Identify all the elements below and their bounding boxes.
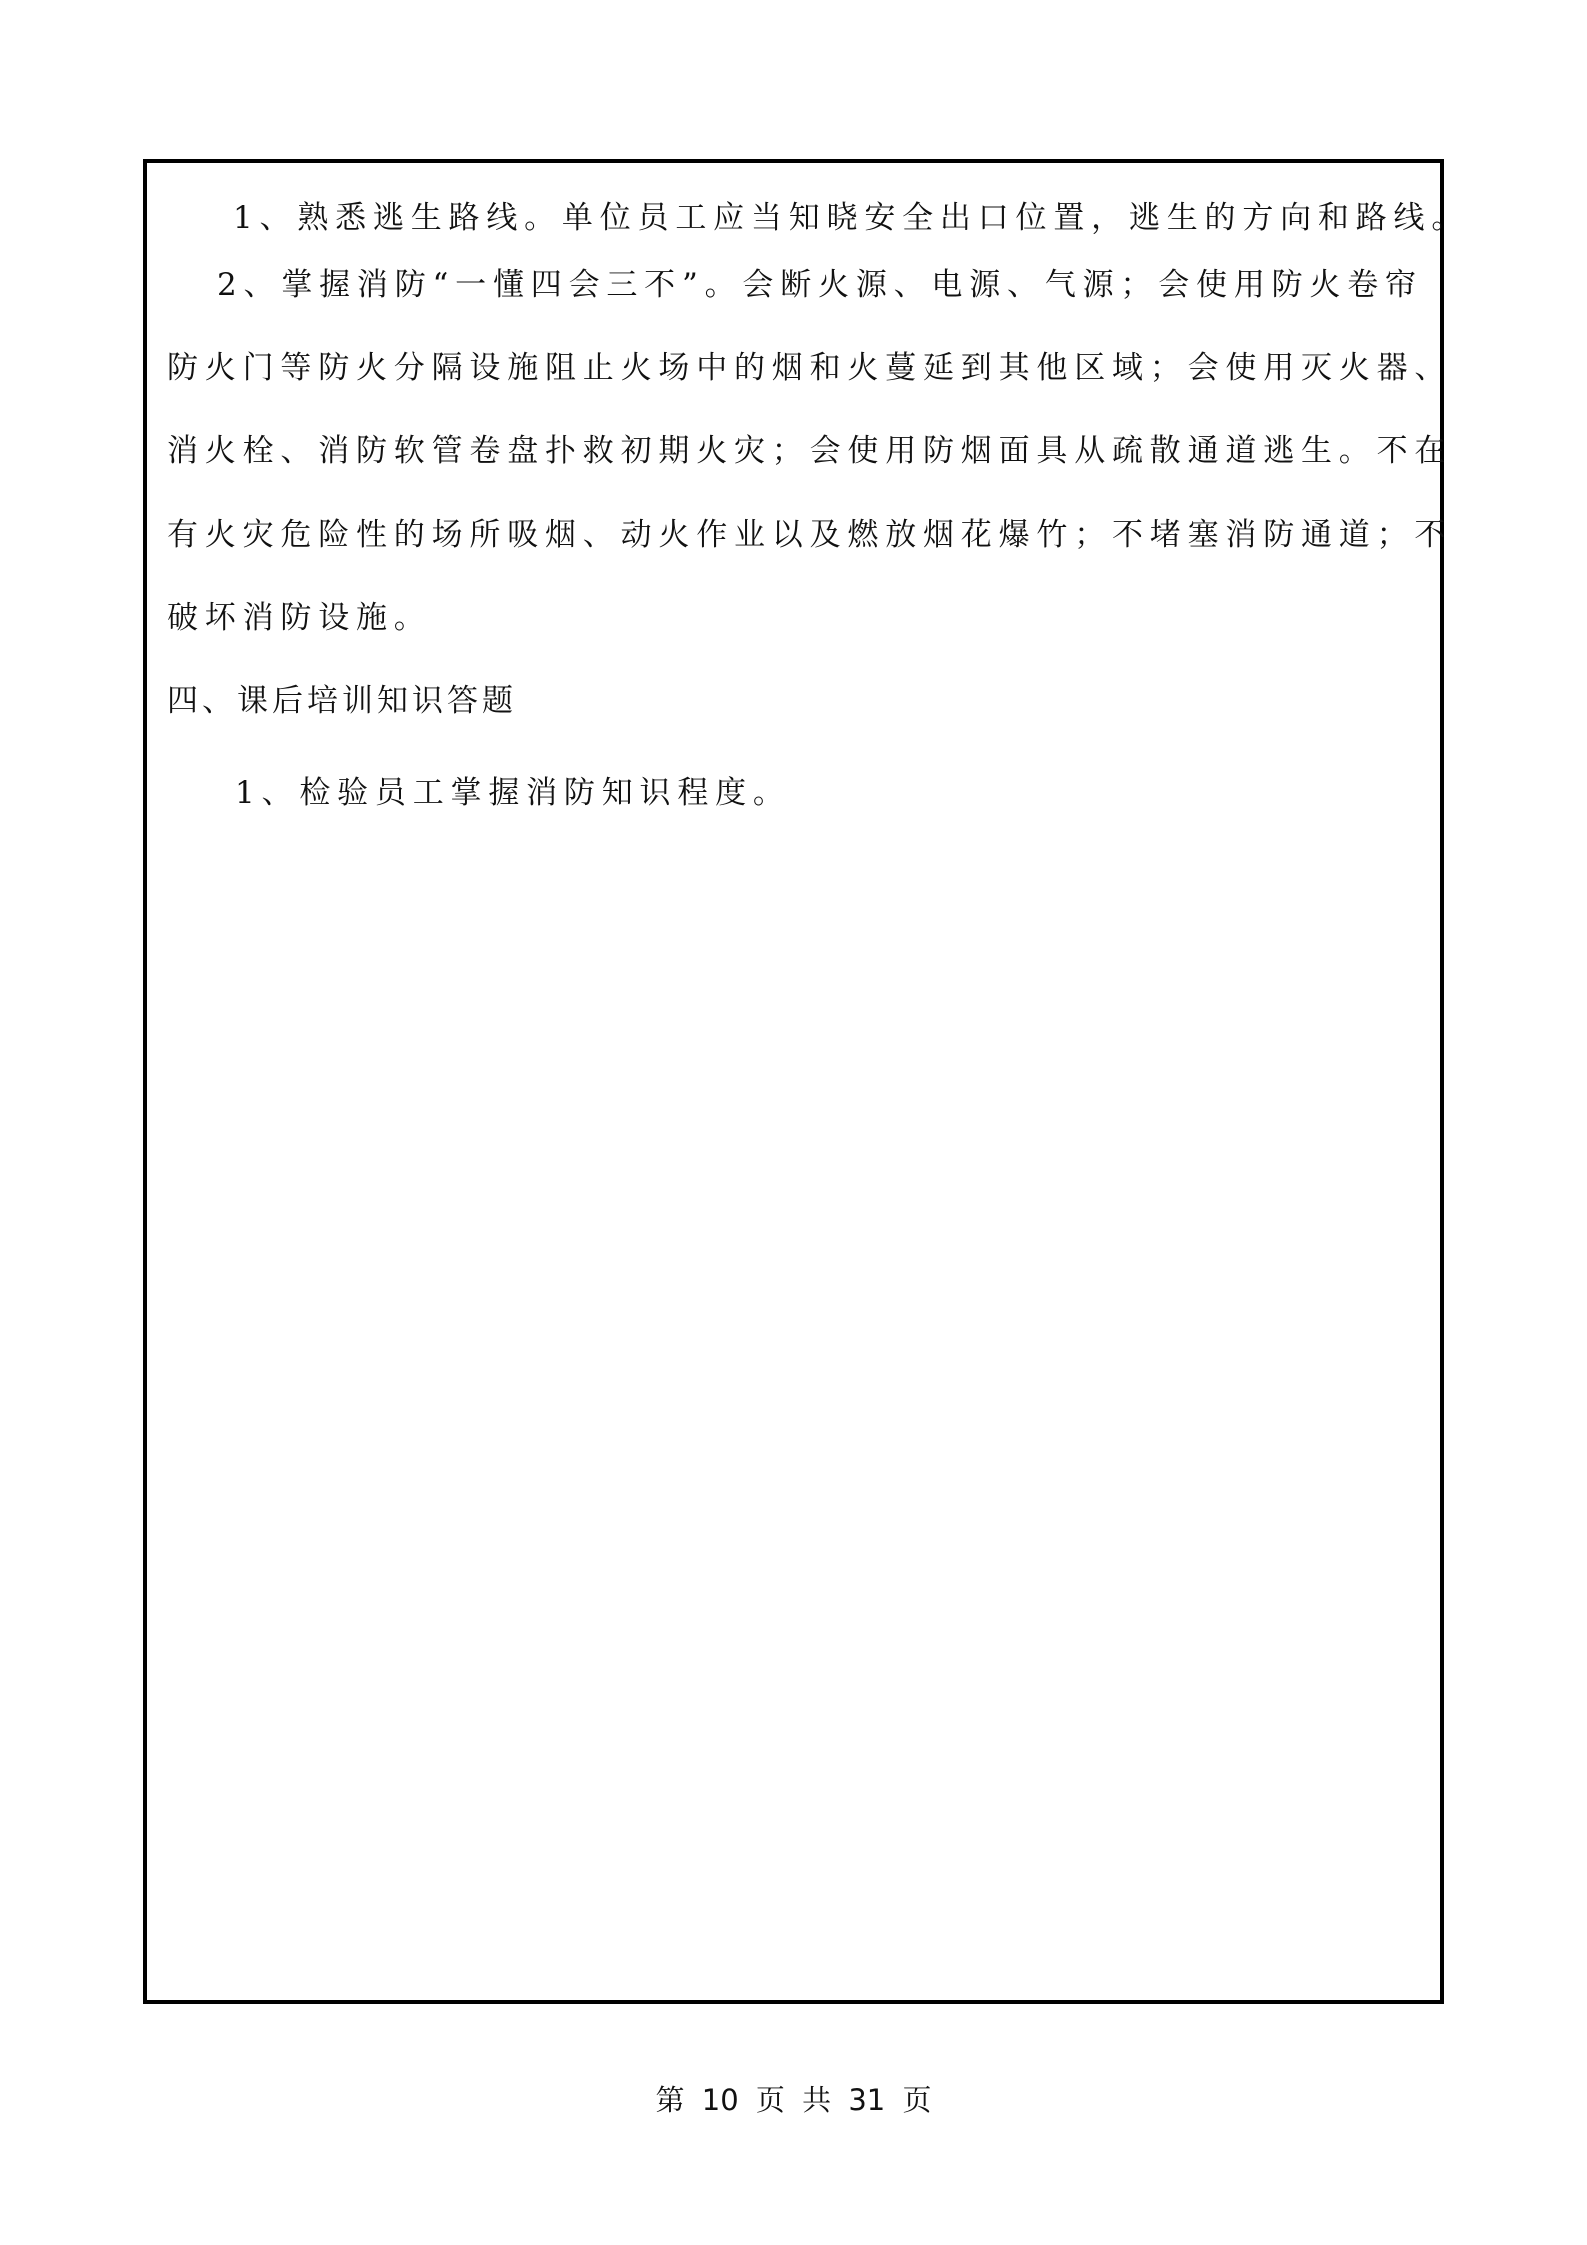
paragraph-fire-knowledge: 2、掌握消防“一懂四会三不”。会断火源、电源、气源；会使用防火卷帘 [217, 265, 1423, 305]
paragraph-line: 破坏消防设施。 [167, 598, 432, 638]
section-heading: 四、课后培训知识答题 [167, 681, 517, 721]
content-table-cell: 1、熟悉逃生路线。单位员工应当知晓安全出口位置，逃生的方向和路线。 2、掌握消防… [143, 159, 1444, 2004]
section-item: 1、检验员工掌握消防知识程度。 [235, 773, 791, 813]
paragraph-line: 防火门等防火分隔设施阻止火场中的烟和火蔓延到其他区域；会使用灭火器、 [167, 348, 1452, 388]
paragraph-line: 有火灾危险性的场所吸烟、动火作业以及燃放烟花爆竹；不堵塞消防通道；不 [167, 515, 1452, 555]
page-number-footer: 第 10 页 共 31 页 [0, 2078, 1587, 2119]
paragraph-line: 消火栓、消防软管卷盘扑救初期火灾；会使用防烟面具从疏散通道逃生。不在 [167, 431, 1452, 471]
paragraph-escape-route: 1、熟悉逃生路线。单位员工应当知晓安全出口位置，逃生的方向和路线。 [233, 198, 1469, 238]
